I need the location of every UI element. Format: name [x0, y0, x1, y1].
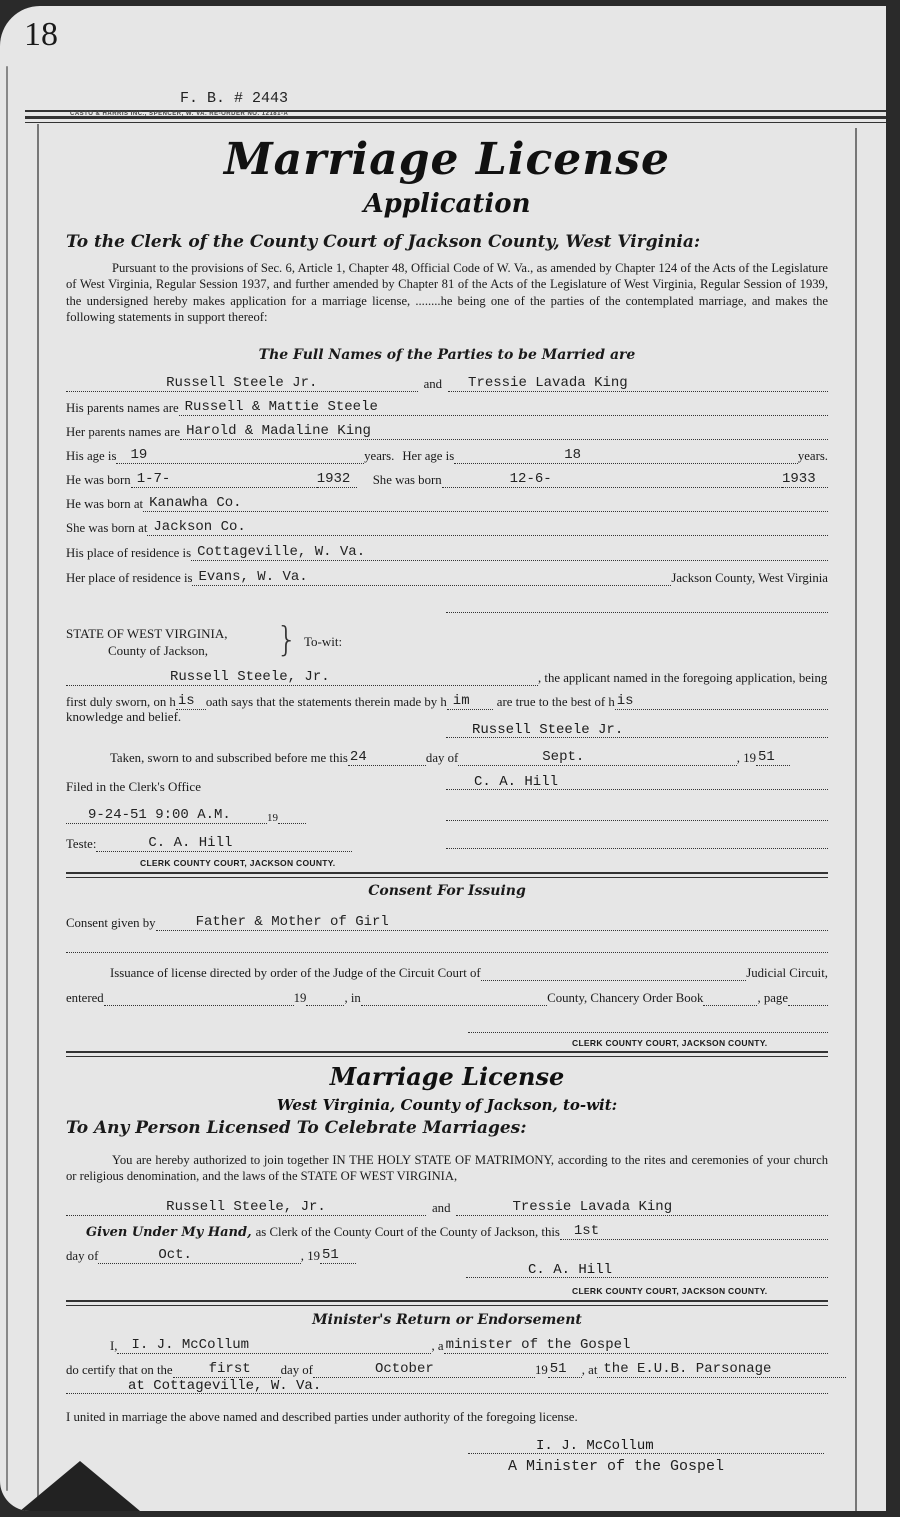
- pronoun-field-1[interactable]: is: [176, 693, 206, 710]
- pronoun-field-3[interactable]: is: [615, 693, 828, 710]
- his-birthplace-row: He was born at Kanawha Co.: [66, 492, 828, 512]
- given-day-field[interactable]: 1st: [560, 1223, 828, 1240]
- applicant-name-field[interactable]: Russell Steele, Jr.: [66, 669, 538, 686]
- circuit-field[interactable]: [481, 964, 747, 981]
- consent-row: Consent given by Father & Mother of Girl: [66, 911, 828, 931]
- her-birth-date-field[interactable]: 12-6-: [442, 471, 782, 488]
- license-groom-field[interactable]: Russell Steele, Jr.: [66, 1199, 426, 1216]
- filed-datetime-row: 9-24-51 9:00 A.M. 19: [66, 804, 306, 824]
- page-number: 18: [24, 16, 58, 54]
- return-heading: Minister's Return or Endorsement: [66, 1312, 828, 1328]
- his-birthplace-field[interactable]: Kanawha Co.: [143, 495, 828, 512]
- oath-state: STATE OF WEST VIRGINIA,: [66, 626, 828, 642]
- age-row: His age is 19 years. Her age is 18 years…: [66, 444, 828, 464]
- birth-date-row: He was born 1-7- 1932 She was born 12-6-…: [66, 468, 828, 488]
- pronoun-field-2[interactable]: im: [447, 693, 493, 710]
- her-birthplace-field[interactable]: Jackson Co.: [147, 519, 828, 536]
- marriage-place-field[interactable]: the E.U.B. Parsonage: [597, 1361, 846, 1378]
- county-field[interactable]: [361, 989, 547, 1006]
- preamble: Pursuant to the provisions of Sec. 6, Ar…: [66, 260, 828, 325]
- marriage-year-field[interactable]: 51: [548, 1361, 582, 1378]
- file-number: F. B. # 2443: [180, 90, 288, 107]
- entered-year-field[interactable]: [306, 989, 344, 1006]
- teste-row: Teste: C. A. Hill: [66, 832, 352, 852]
- his-parents-row: His parents names are Russell & Mattie S…: [66, 396, 828, 416]
- her-residence-row: Her place of residence is Evans, W. Va. …: [66, 566, 828, 586]
- application-subtitle: Application: [66, 189, 828, 219]
- section-divider-3: [66, 1300, 828, 1306]
- his-birth-date-field[interactable]: 1-7-: [131, 471, 317, 488]
- his-age-field[interactable]: 19: [116, 447, 364, 464]
- page-border-left: [6, 66, 8, 1491]
- consent-heading: Consent For Issuing: [66, 883, 828, 899]
- minister-signature-title: A Minister of the Gospel: [508, 1458, 724, 1475]
- sworn-month-field[interactable]: Sept.: [458, 749, 737, 766]
- parties-heading: The Full Names of the Parties to be Marr…: [66, 347, 828, 363]
- page-corner-fold: [20, 1461, 140, 1511]
- parties-row: Russell Steele Jr. and Tressie Lavada Ki…: [66, 372, 828, 392]
- license-parties-row: Russell Steele, Jr. and Tressie Lavada K…: [66, 1196, 828, 1216]
- his-parents-field[interactable]: Russell & Mattie Steele: [179, 399, 828, 416]
- his-residence-field[interactable]: Cottageville, W. Va.: [191, 544, 828, 561]
- his-birth-year-field[interactable]: 1932: [317, 471, 357, 488]
- sworn-day-field[interactable]: 24: [348, 749, 426, 766]
- consent-clerk-line[interactable]: [468, 1016, 828, 1033]
- given-date-row: day of Oct. , 19 51: [66, 1244, 356, 1264]
- clerk-caption-2: CLERK COUNTY COURT, JACKSON COUNTY.: [572, 1038, 767, 1048]
- applicant-extra-line[interactable]: [446, 596, 828, 613]
- clerk-extra-line-2[interactable]: [446, 832, 828, 849]
- license-title: Marriage License: [66, 1062, 828, 1091]
- marriage-month-field[interactable]: October: [313, 1361, 535, 1378]
- addressee: To the Clerk of the County Court of Jack…: [66, 232, 700, 252]
- consent-given-by-field[interactable]: Father & Mother of Girl: [156, 914, 828, 931]
- printer-imprint: CASTO & HARRIS INC., SPENCER, W. VA. RE-…: [70, 111, 288, 117]
- applicant-row: Russell Steele, Jr. , the applicant name…: [66, 666, 828, 686]
- section-divider-1: [66, 872, 828, 878]
- consent-extra-line[interactable]: [66, 936, 828, 953]
- filed-year-field[interactable]: [278, 807, 306, 824]
- brace-icon: }: [276, 620, 298, 660]
- minister-signature[interactable]: I. J. McCollum: [468, 1438, 824, 1454]
- certify-row: do certify that on the first day of Octo…: [66, 1358, 846, 1378]
- marriage-day-field[interactable]: first: [173, 1361, 281, 1378]
- minister-name-field[interactable]: I. J. McCollum: [117, 1337, 431, 1354]
- page-field[interactable]: [788, 989, 828, 1006]
- clerk-extra-line-1[interactable]: [446, 804, 828, 821]
- filed-datetime-field[interactable]: 9-24-51 9:00 A.M.: [66, 807, 267, 824]
- her-residence-field[interactable]: Evans, W. Va.: [192, 569, 671, 586]
- application-title: Marriage License: [66, 134, 828, 185]
- clerk-caption-1: CLERK COUNTY COURT, JACKSON COUNTY.: [140, 858, 335, 868]
- clerk-caption-3: CLERK COUNTY COURT, JACKSON COUNTY.: [572, 1286, 767, 1296]
- her-birthplace-row: She was born at Jackson Co.: [66, 516, 828, 536]
- book-field[interactable]: [703, 989, 757, 1006]
- sworn-date-row: Taken, sworn to and subscribed before me…: [110, 746, 790, 766]
- teste-signature-field[interactable]: C. A. Hill: [96, 835, 352, 852]
- given-month-field[interactable]: Oct.: [98, 1247, 300, 1264]
- minister-title-field[interactable]: minister of the Gospel: [444, 1337, 828, 1354]
- groom-name-field[interactable]: Russell Steele Jr.: [66, 375, 418, 392]
- clerk-signature-1[interactable]: C. A. Hill: [446, 774, 828, 790]
- entered-row: entered 19 , in County, Chancery Order B…: [66, 986, 828, 1006]
- applicant-signature[interactable]: Russell Steele Jr.: [446, 722, 828, 738]
- license-bride-field[interactable]: Tressie Lavada King: [456, 1199, 828, 1216]
- united-statement: I united in marriage the above named and…: [66, 1409, 828, 1425]
- to-wit: To-wit:: [304, 634, 404, 650]
- license-clerk-signature[interactable]: C. A. Hill: [466, 1262, 828, 1278]
- given-year-field[interactable]: 51: [320, 1247, 356, 1264]
- authorization-text: You are hereby authorized to join togeth…: [66, 1152, 828, 1185]
- given-under-row: Given Under My Hand, as Clerk of the Cou…: [66, 1220, 828, 1240]
- sworn-year-field[interactable]: 51: [756, 749, 790, 766]
- document-page: 18 F. B. # 2443 CASTO & HARRIS INC., SPE…: [0, 6, 886, 1511]
- his-residence-row: His place of residence is Cottageville, …: [66, 541, 828, 561]
- top-rule-thin: [25, 122, 886, 123]
- license-addressee: To Any Person Licensed To Celebrate Marr…: [66, 1118, 527, 1138]
- entered-date-field[interactable]: [104, 989, 294, 1006]
- license-subtitle: West Virginia, County of Jackson, to-wit…: [66, 1096, 828, 1114]
- her-parents-field[interactable]: Harold & Madaline King: [180, 423, 828, 440]
- marriage-place-line-2[interactable]: at Cottageville, W. Va.: [66, 1378, 828, 1394]
- bride-name-field[interactable]: Tressie Lavada King: [448, 375, 828, 392]
- inner-border-left: [37, 124, 39, 1511]
- issuance-row: Issuance of license directed by order of…: [66, 961, 828, 981]
- section-divider-2: [66, 1051, 828, 1057]
- her-age-field[interactable]: 18: [454, 447, 798, 464]
- her-parents-row: Her parents names are Harold & Madaline …: [66, 420, 828, 440]
- inner-border-right: [855, 128, 857, 1511]
- sworn-statement-row: first duly sworn, on h is oath says that…: [66, 690, 828, 710]
- her-birth-year-field[interactable]: 1933: [782, 471, 828, 488]
- minister-row: I, I. J. McCollum , a minister of the Go…: [66, 1334, 828, 1354]
